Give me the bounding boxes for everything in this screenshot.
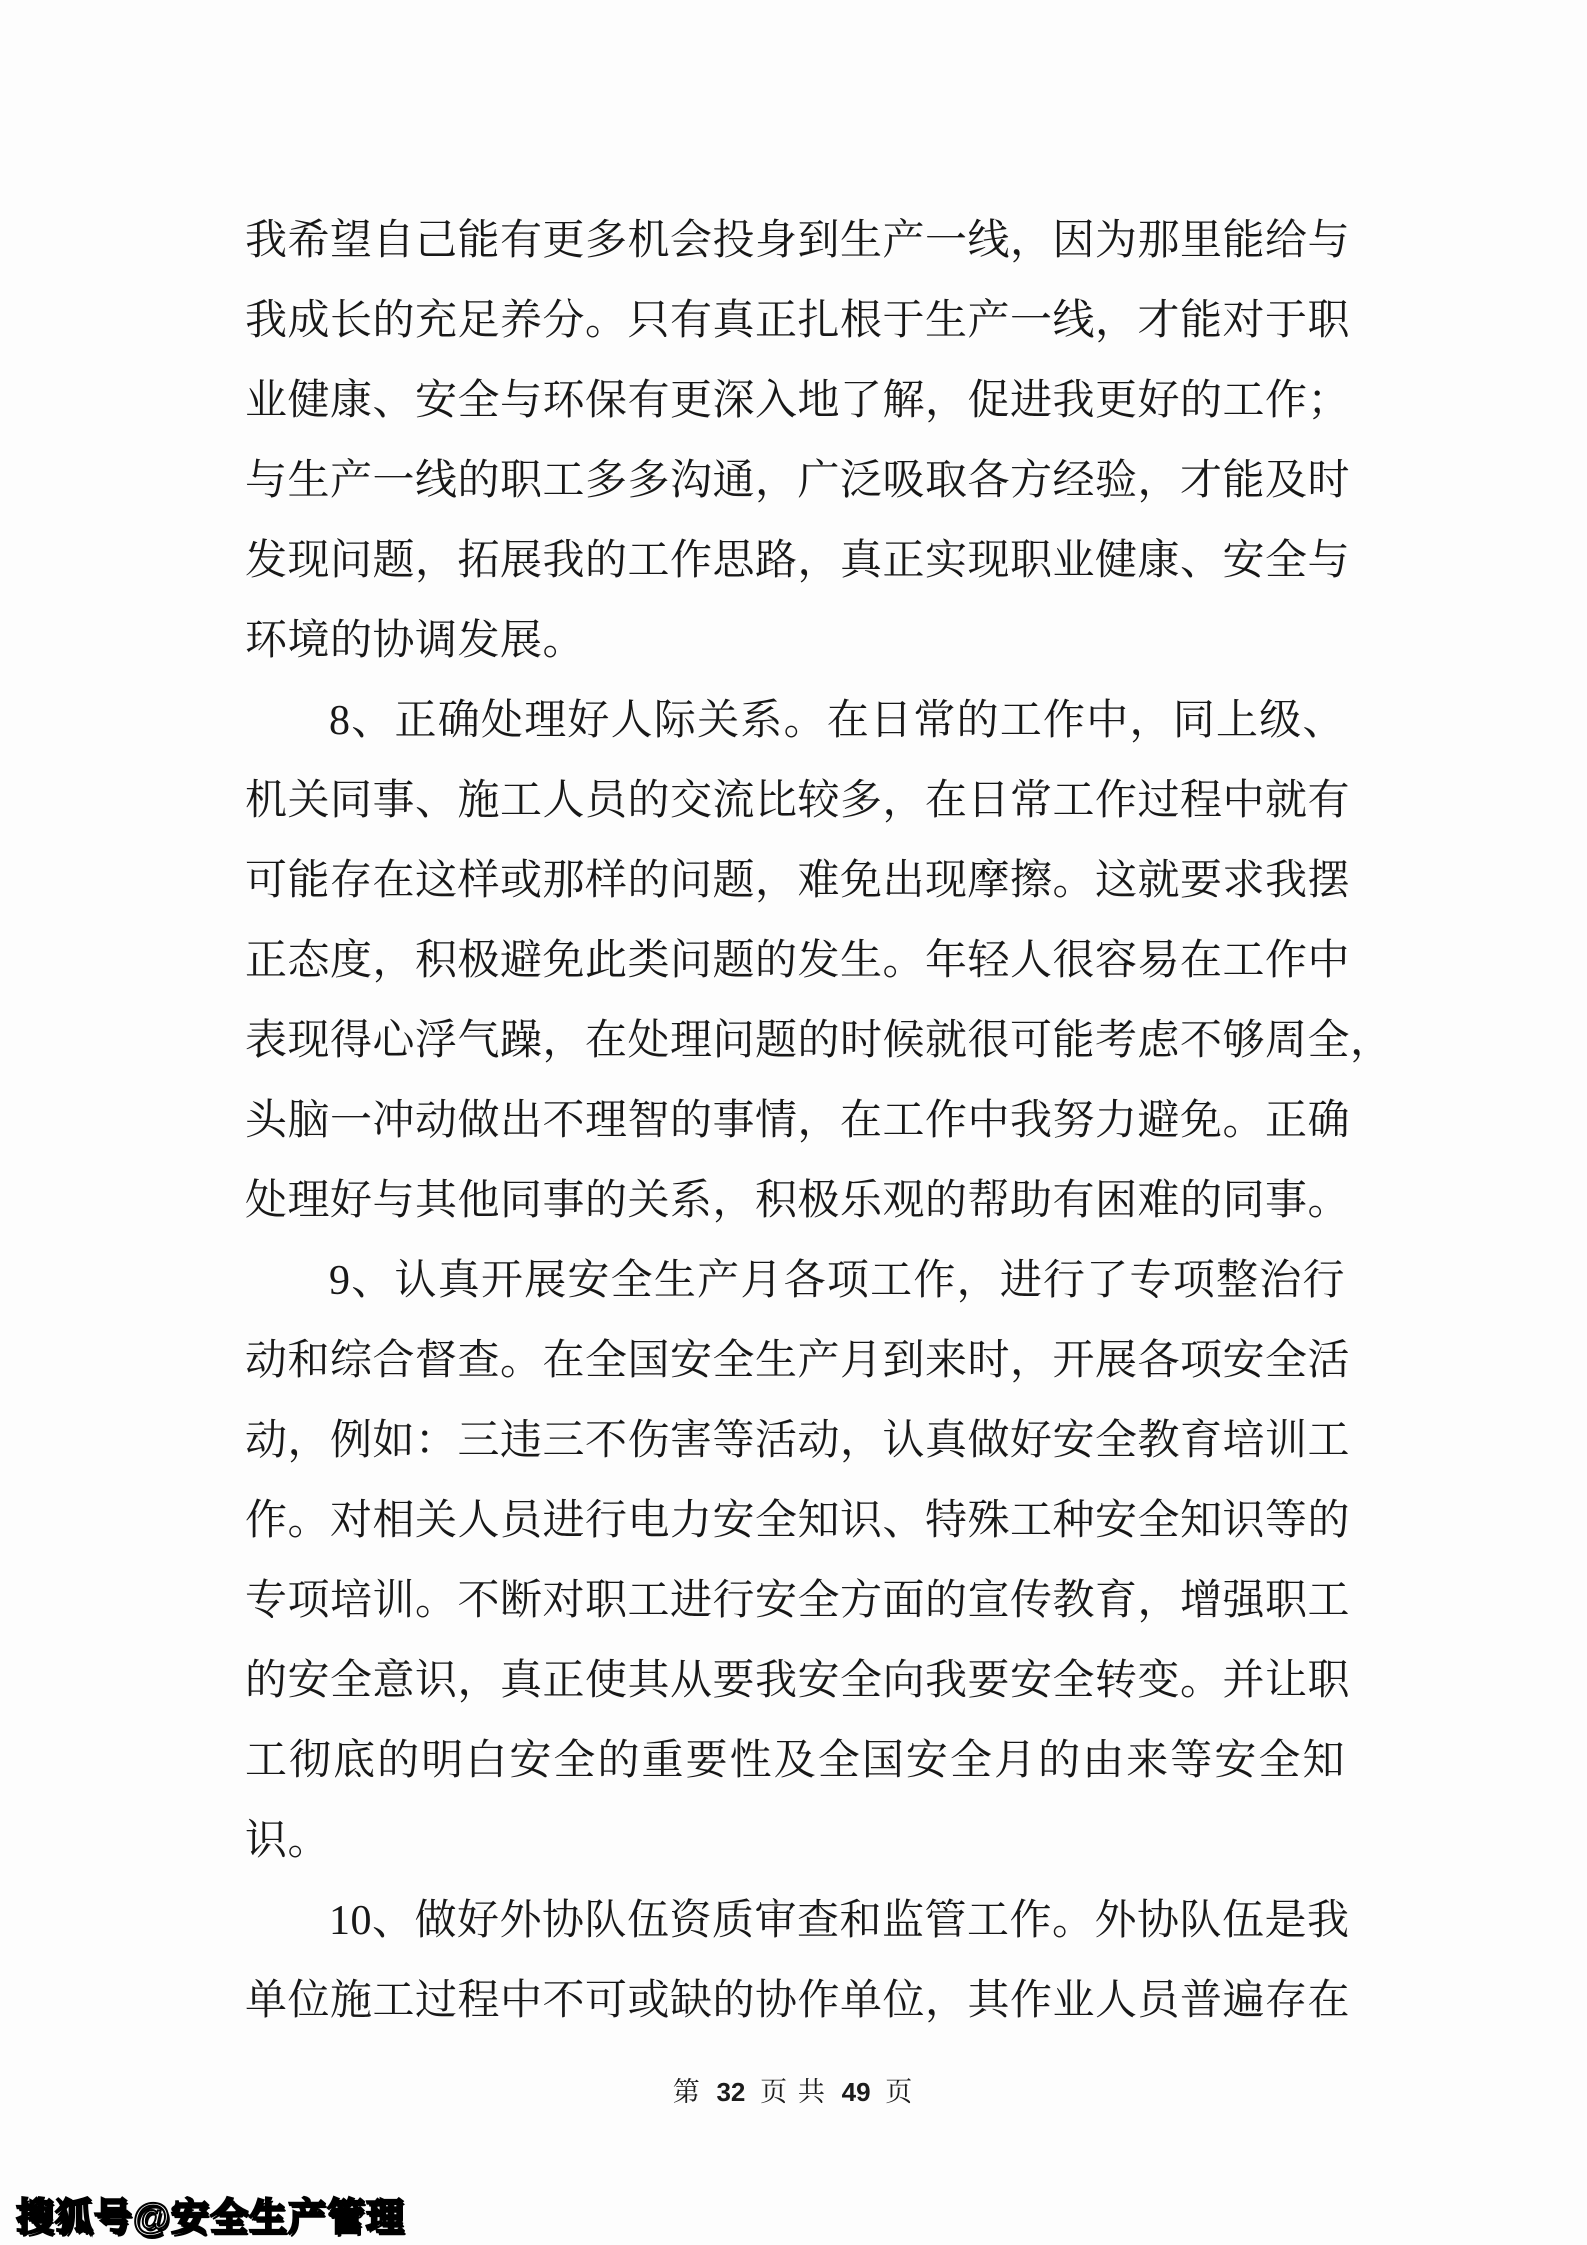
text-line: 环境的协调发展。 bbox=[245, 601, 1345, 681]
text-line: 动，例如：三违三不伤害等活动，认真做好安全教育培训工 bbox=[245, 1401, 1345, 1481]
text-line: 的安全意识，真正使其从要我安全向我要安全转变。并让职 bbox=[245, 1641, 1345, 1721]
sohu-watermark: 搜狐号@安全生产管理 bbox=[16, 2186, 405, 2241]
text-line: 可能存在这样或那样的问题，难免出现摩擦。这就要求我摆 bbox=[245, 841, 1345, 921]
footer-label-di: 第 bbox=[673, 2077, 702, 2107]
text-line: 我成长的充足养分。只有真正扎根于生产一线，才能对于职 bbox=[245, 281, 1345, 361]
footer-current-page: 32 bbox=[710, 2077, 751, 2107]
text-line: 识。 bbox=[245, 1801, 1345, 1881]
text-line: 业健康、安全与环保有更深入地了解，促进我更好的工作； bbox=[245, 361, 1345, 441]
text-line: 头脑一冲动做出不理智的事情，在工作中我努力避免。正确 bbox=[245, 1081, 1345, 1161]
text-line: 专项培训。不断对职工进行安全方面的宣传教育，增强职工 bbox=[245, 1561, 1345, 1641]
page-footer: 第 32 页 共 49 页 bbox=[0, 2072, 1587, 2112]
text-line: 动和综合督查。在全国安全生产月到来时，开展各项安全活 bbox=[245, 1321, 1345, 1401]
footer-label-ye2: 页 bbox=[885, 2077, 914, 2107]
text-line: 发现问题，拓展我的工作思路，真正实现职业健康、安全与 bbox=[245, 521, 1345, 601]
text-line: 作。对相关人员进行电力安全知识、特殊工种安全知识等的 bbox=[245, 1481, 1345, 1561]
document-page: 我希望自己能有更多机会投身到生产一线，因为那里能给与我成长的充足养分。只有真正扎… bbox=[0, 0, 1587, 2245]
document-body: 我希望自己能有更多机会投身到生产一线，因为那里能给与我成长的充足养分。只有真正扎… bbox=[245, 201, 1345, 2041]
text-line: 9、认真开展安全生产月各项工作，进行了专项整治行 bbox=[245, 1241, 1345, 1321]
text-line: 表现得心浮气躁，在处理问题的时候就很可能考虑不够周全， bbox=[245, 1001, 1345, 1081]
footer-label-gong: 共 bbox=[798, 2077, 827, 2107]
text-line: 机关同事、施工人员的交流比较多，在日常工作过程中就有 bbox=[245, 761, 1345, 841]
footer-label-ye: 页 bbox=[760, 2077, 789, 2107]
text-line: 正态度，积极避免此类问题的发生。年轻人很容易在工作中 bbox=[245, 921, 1345, 1001]
footer-total-pages: 49 bbox=[836, 2077, 877, 2107]
text-line: 10、做好外协队伍资质审查和监管工作。外协队伍是我 bbox=[245, 1881, 1345, 1961]
text-line: 工彻底的明白安全的重要性及全国安全月的由来等安全知 bbox=[245, 1721, 1345, 1801]
text-line: 单位施工过程中不可或缺的协作单位，其作业人员普遍存在 bbox=[245, 1961, 1345, 2041]
text-line: 与生产一线的职工多多沟通，广泛吸取各方经验，才能及时 bbox=[245, 441, 1345, 521]
text-line: 我希望自己能有更多机会投身到生产一线，因为那里能给与 bbox=[245, 201, 1345, 281]
text-line: 处理好与其他同事的关系，积极乐观的帮助有困难的同事。 bbox=[245, 1161, 1345, 1241]
text-line: 8、正确处理好人际关系。在日常的工作中，同上级、 bbox=[245, 681, 1345, 761]
